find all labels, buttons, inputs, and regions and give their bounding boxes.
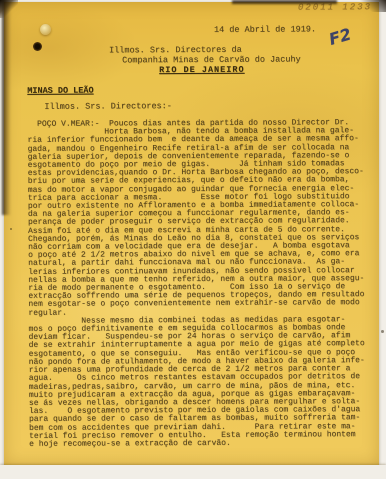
handwritten-annotation: F2 [327, 25, 354, 49]
letter-body: POÇO V.MEAR:- Poucos dias antes da parti… [27, 119, 377, 449]
recipient-line-2: Companhia Minas de Carvão do Jacuhy [122, 55, 301, 65]
punch-hole-dark [33, 42, 42, 51]
scan-shadow-top-edge [232, 0, 337, 4]
scan-speck [381, 330, 384, 333]
scan-shadow-corner-topright [360, 0, 386, 12]
scan-shadow-corner-topleft [0, 0, 18, 18]
scan-shadow-left-edge [2, 0, 11, 215]
scan-background-bottom [0, 465, 386, 479]
location-heading: MINAS DO LEÃO [27, 87, 93, 96]
body-line: e hoje recomeçou-se a extracção de carvã… [29, 439, 377, 449]
letter-date: 14 de Abril de 1919. [214, 25, 316, 35]
document-scan: 02011 1233 14 de Abril de 1919. Illmos. … [0, 0, 386, 479]
letter-page: 02011 1233 14 de Abril de 1919. Illmos. … [4, 2, 379, 465]
recipient-city: RIO DE JANEIRO [159, 66, 244, 75]
salutation: Illmos. Srs. Directores:- [44, 102, 172, 112]
punch-hole-light [40, 24, 51, 35]
scan-speck [10, 228, 12, 230]
letter-content: 02011 1233 14 de Abril de 1919. Illmos. … [3, 1, 380, 466]
